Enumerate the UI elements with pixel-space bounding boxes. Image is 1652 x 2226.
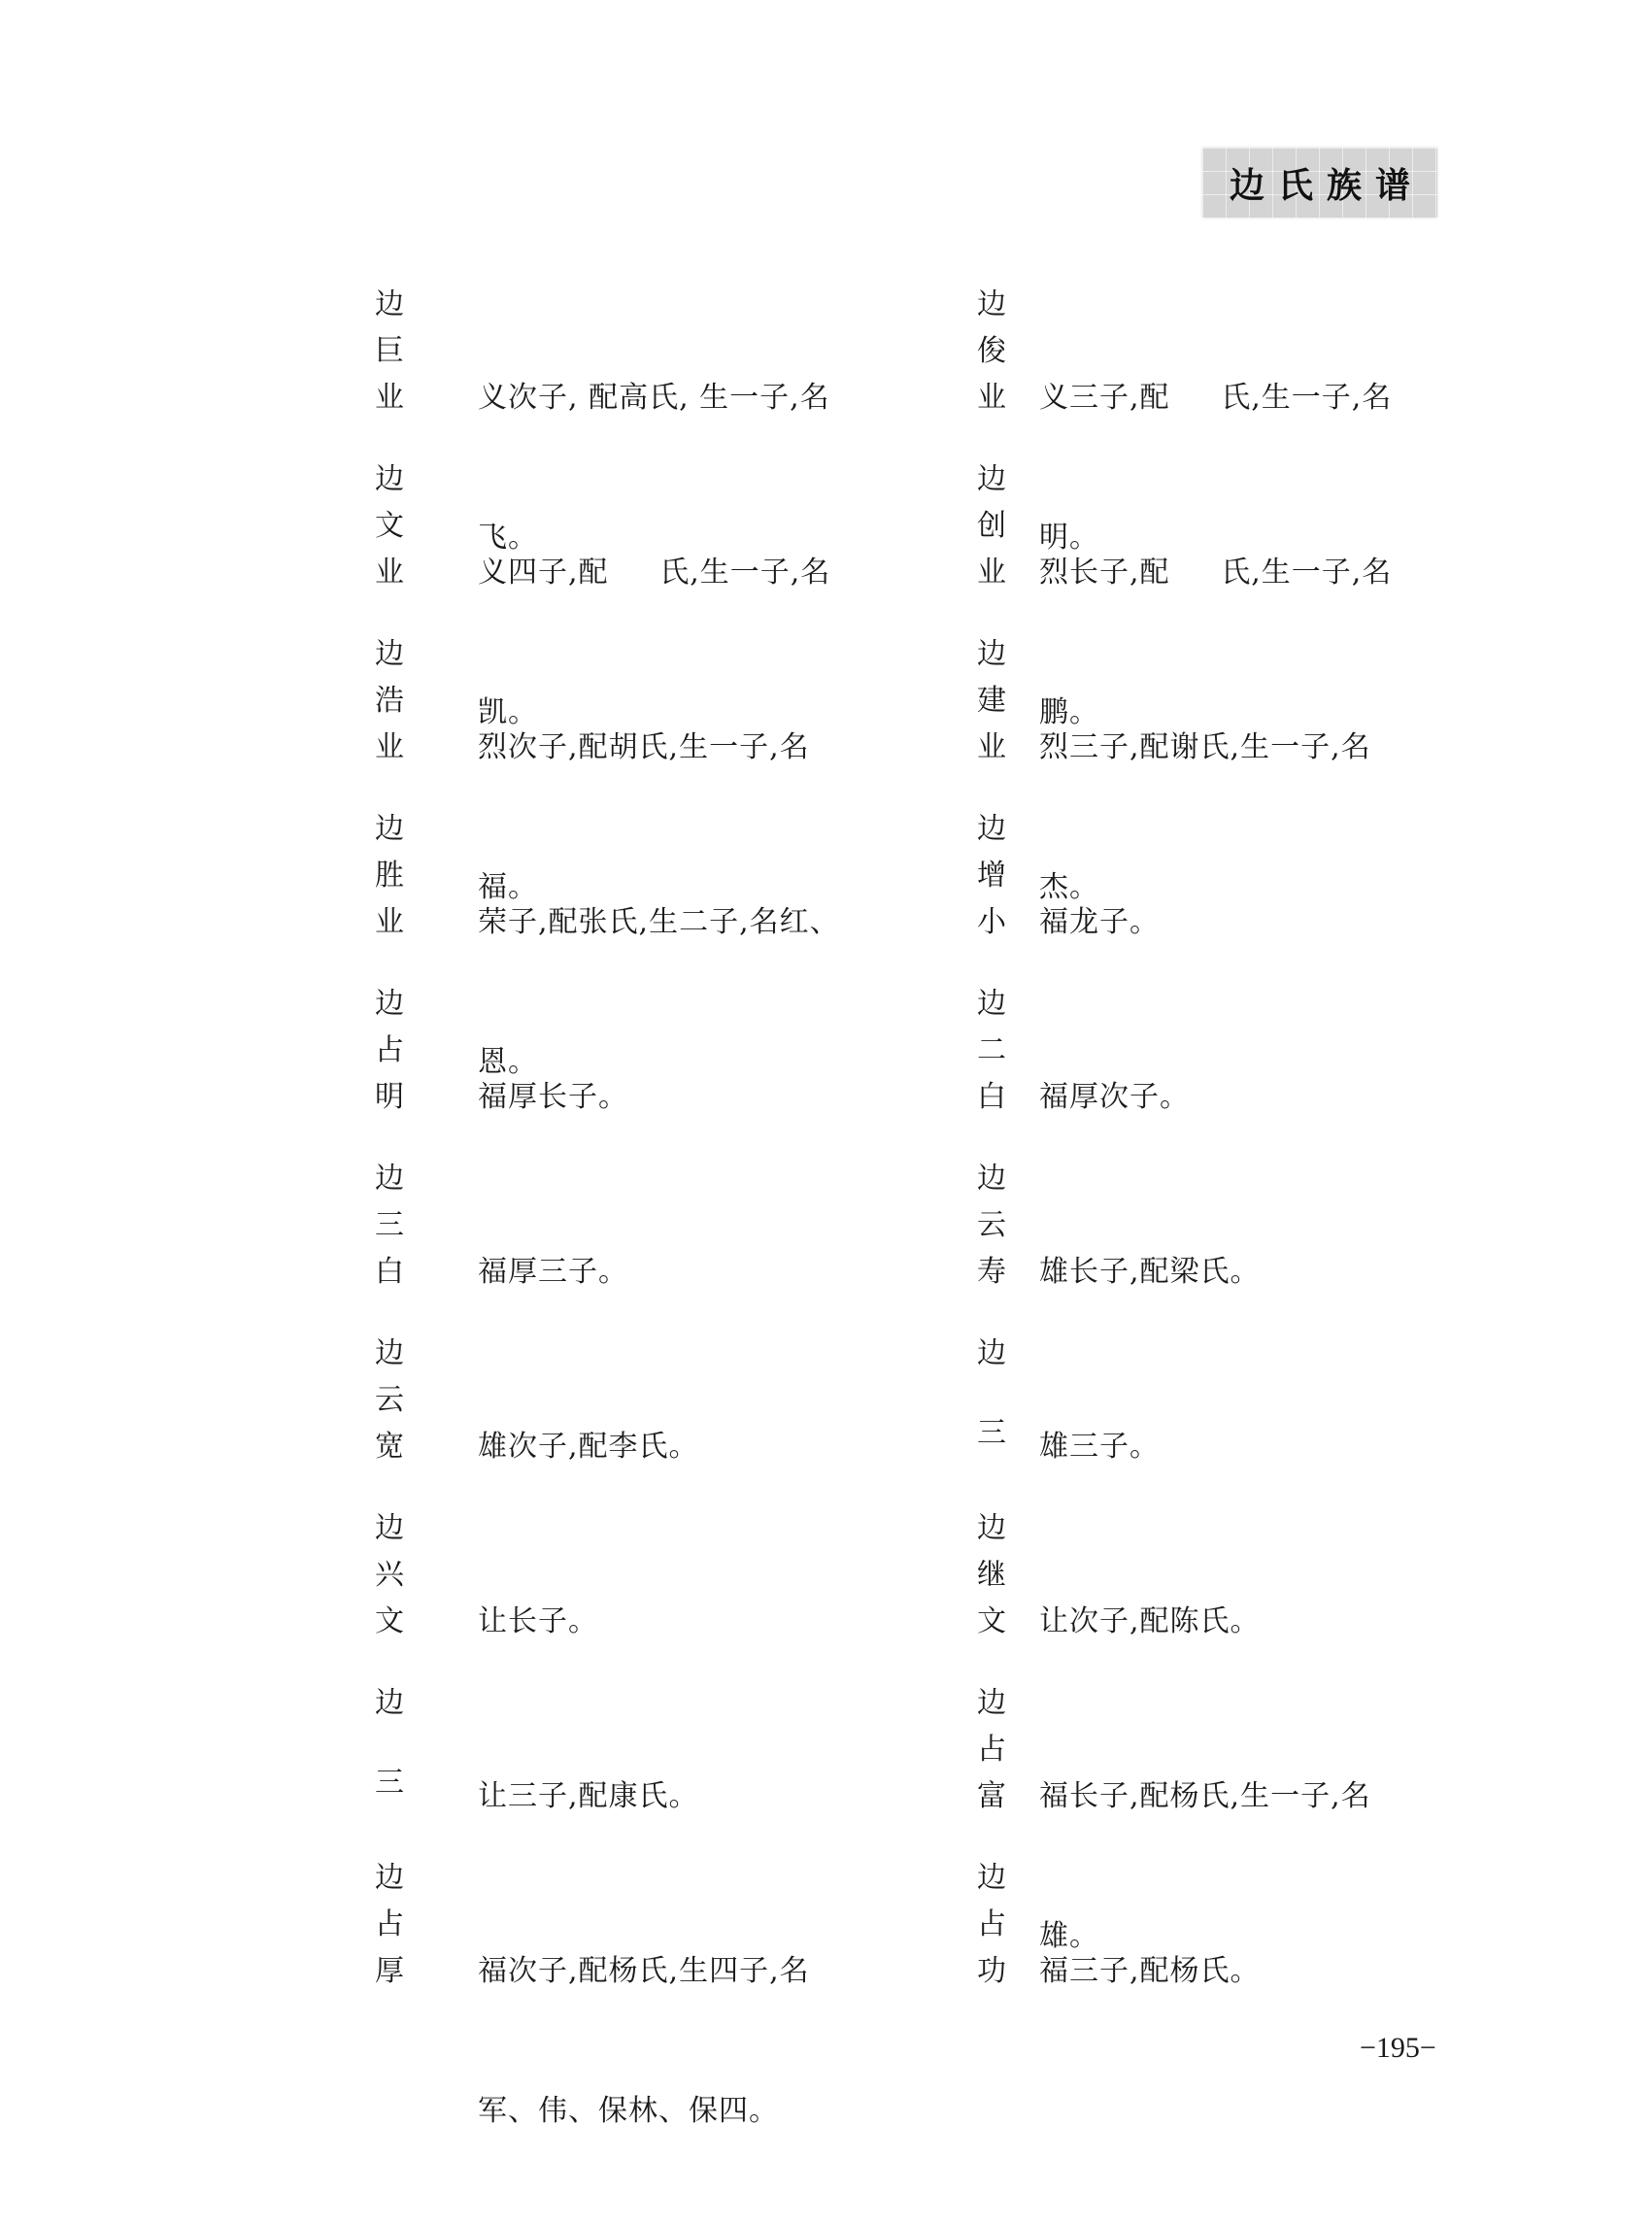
name-char: 白 (977, 1074, 1016, 1121)
entry-row: 边 浩 业 烈次子,配胡氏,生一子,名 福。 边 建 业 烈三子,配谢氏,生一子… (375, 631, 1458, 806)
description-line: 烈次子,配胡氏,生一子,名 (478, 725, 895, 771)
description-line: 福厚三子。 (478, 1249, 895, 1296)
description-line: 让长子。 (478, 1599, 895, 1645)
entry-row: 边 三 让三子,配康氏。 边 占 富 福长子,配杨氏,生一子,名 雄。 (375, 1680, 1458, 1855)
genealogy-entry: 边 云 寿 雄长子,配梁氏。 (977, 1156, 1458, 1331)
person-description: 雄次子,配李氏。 (478, 1331, 895, 1505)
header-title-badge: 边氏族谱 (1202, 148, 1437, 218)
name-char: 白 (375, 1249, 414, 1296)
description-line: 福三子,配杨氏。 (1039, 1948, 1457, 1995)
name-char: 富 (977, 1773, 1016, 1820)
name-char: 文 (375, 1599, 414, 1645)
name-char: 边 (375, 456, 414, 503)
name-char: 占 (977, 1727, 1016, 1773)
name-char: 胜 (375, 853, 414, 899)
description-line: 福龙子。 (1039, 899, 1457, 946)
name-char: 边 (977, 1855, 1016, 1902)
person-name-vertical: 边 巨 业 (375, 282, 414, 456)
name-char: 边 (977, 981, 1016, 1028)
name-char: 三 (977, 1410, 1016, 1457)
person-name-vertical: 边 继 文 (977, 1505, 1016, 1680)
entry-row: 边 占 厚 福次子,配杨氏,生四子,名 军、伟、保林、保四。 边 占 功 福三子… (375, 1855, 1458, 2030)
description-line: 让三子,配康氏。 (478, 1773, 895, 1820)
person-description: 雄长子,配梁氏。 (1039, 1156, 1457, 1331)
genealogy-entry: 边 兴 文 让长子。 (375, 1505, 977, 1680)
entry-row: 边 胜 业 荣子,配张氏,生二子,名红、 恩。 边 增 小 福龙子。 (375, 806, 1458, 981)
name-char: 兴 (375, 1552, 414, 1599)
name-char: 明 (375, 1074, 414, 1121)
name-char: 业 (977, 725, 1016, 771)
name-char: 建 (977, 678, 1016, 725)
page-number: −195− (1360, 2032, 1436, 2065)
person-name-vertical: 边 增 小 (977, 806, 1016, 981)
name-char: 增 (977, 853, 1016, 899)
entry-row: 边 云 宽 雄次子,配李氏。 边 三 雄三子。 (375, 1331, 1458, 1505)
genealogy-entry: 边 占 功 福三子,配杨氏。 (977, 1855, 1458, 2030)
name-char: 边 (977, 806, 1016, 853)
name-char (977, 1377, 1016, 1410)
name-char: 继 (977, 1552, 1016, 1599)
name-char: 业 (375, 550, 414, 596)
name-char: 边 (977, 1331, 1016, 1377)
description-line: 军、伟、保林、保四。 (478, 2088, 895, 2135)
entry-row: 边 文 业 义四子,配 氏,生一子,名 凯。 边 创 业 烈长子,配 氏,生一子… (375, 456, 1458, 631)
person-description: 福龙子。 (1039, 806, 1457, 981)
person-name-vertical: 边 云 寿 (977, 1156, 1016, 1331)
person-description: 烈长子,配 氏,生一子,名 鹏。 (1039, 456, 1457, 631)
genealogy-entry: 边 继 文 让次子,配陈氏。 (977, 1505, 1458, 1680)
person-name-vertical: 边 占 厚 (375, 1855, 414, 2030)
genealogy-entry: 边 二 白 福厚次子。 (977, 981, 1458, 1156)
person-name-vertical: 边 创 业 (977, 456, 1016, 631)
name-char: 小 (977, 899, 1016, 946)
description-line: 荣子,配张氏,生二子,名红、 (478, 899, 895, 946)
person-description: 雄三子。 (1039, 1331, 1457, 1505)
person-name-vertical: 边 文 业 (375, 456, 414, 631)
name-char: 边 (375, 1505, 414, 1552)
genealogy-entry: 边 巨 业 义次子, 配高氏, 生一子,名 飞。 (375, 282, 977, 456)
person-description: 福长子,配杨氏,生一子,名 雄。 (1039, 1680, 1457, 1855)
name-char: 功 (977, 1948, 1016, 1995)
genealogy-entry: 边 胜 业 荣子,配张氏,生二子,名红、 恩。 (375, 806, 977, 981)
description-line: 义三子,配 氏,生一子,名 (1039, 375, 1457, 422)
name-char: 边 (375, 981, 414, 1028)
person-description: 烈三子,配谢氏,生一子,名 杰。 (1039, 631, 1457, 806)
genealogy-entry: 边 占 厚 福次子,配杨氏,生四子,名 军、伟、保林、保四。 (375, 1855, 977, 2030)
name-char: 边 (375, 806, 414, 853)
entry-row: 边 兴 文 让长子。 边 继 文 让次子,配陈氏。 (375, 1505, 1458, 1680)
person-description: 福厚长子。 (478, 981, 895, 1156)
name-char: 云 (977, 1202, 1016, 1249)
name-char (375, 1727, 414, 1760)
name-char: 边 (375, 1156, 414, 1202)
person-name-vertical: 边 建 业 (977, 631, 1016, 806)
name-char: 厚 (375, 1948, 414, 1995)
name-char: 业 (977, 550, 1016, 596)
person-name-vertical: 边 占 富 (977, 1680, 1016, 1855)
name-char: 业 (375, 375, 414, 422)
description-line: 福厚长子。 (478, 1074, 895, 1121)
person-description: 让次子,配陈氏。 (1039, 1505, 1457, 1680)
person-name-vertical: 边 占 功 (977, 1855, 1016, 2030)
genealogy-entry: 边 占 富 福长子,配杨氏,生一子,名 雄。 (977, 1680, 1458, 1855)
name-char: 浩 (375, 678, 414, 725)
genealogy-entries: 边 巨 业 义次子, 配高氏, 生一子,名 飞。 边 俊 业 义三子,配 氏,生… (375, 282, 1458, 2030)
person-description: 让长子。 (478, 1505, 895, 1680)
person-name-vertical: 边 浩 业 (375, 631, 414, 806)
name-char: 文 (977, 1599, 1016, 1645)
name-char: 边 (375, 282, 414, 328)
description-line: 烈长子,配 氏,生一子,名 (1039, 550, 1457, 596)
person-name-vertical: 边 三 (375, 1680, 414, 1855)
name-char: 巨 (375, 328, 414, 375)
person-description: 福次子,配杨氏,生四子,名 军、伟、保林、保四。 (478, 1855, 895, 2030)
name-char: 业 (375, 899, 414, 946)
name-char: 业 (375, 725, 414, 771)
description-line: 福长子,配杨氏,生一子,名 (1039, 1773, 1457, 1820)
name-char: 文 (375, 503, 414, 550)
person-name-vertical: 边 三 白 (375, 1156, 414, 1331)
person-description: 义四子,配 氏,生一子,名 凯。 (478, 456, 895, 631)
name-char: 创 (977, 503, 1016, 550)
name-char: 二 (977, 1028, 1016, 1074)
genealogy-entry: 边 浩 业 烈次子,配胡氏,生一子,名 福。 (375, 631, 977, 806)
entry-row: 边 占 明 福厚长子。 边 二 白 福厚次子。 (375, 981, 1458, 1156)
person-name-vertical: 边 胜 业 (375, 806, 414, 981)
genealogy-entry: 边 俊 业 义三子,配 氏,生一子,名 明。 (977, 282, 1458, 456)
name-char: 边 (375, 1331, 414, 1377)
description-line: 福厚次子。 (1039, 1074, 1457, 1121)
name-char: 占 (375, 1902, 414, 1948)
person-description: 荣子,配张氏,生二子,名红、 恩。 (478, 806, 895, 981)
genealogy-entry: 边 云 宽 雄次子,配李氏。 (375, 1331, 977, 1505)
genealogy-entry: 边 三 让三子,配康氏。 (375, 1680, 977, 1855)
genealogy-entry: 边 占 明 福厚长子。 (375, 981, 977, 1156)
header-title: 边氏族谱 (1216, 158, 1424, 208)
description-line: 烈三子,配谢氏,生一子,名 (1039, 725, 1457, 771)
genealogy-entry: 边 三 雄三子。 (977, 1331, 1458, 1505)
name-char: 边 (977, 1505, 1016, 1552)
person-name-vertical: 边 占 明 (375, 981, 414, 1156)
person-description: 让三子,配康氏。 (478, 1680, 895, 1855)
person-name-vertical: 边 二 白 (977, 981, 1016, 1156)
description-line: 让次子,配陈氏。 (1039, 1599, 1457, 1645)
name-char: 宽 (375, 1424, 414, 1470)
description-line: 义次子, 配高氏, 生一子,名 (478, 375, 895, 422)
description-line: 福次子,配杨氏,生四子,名 (478, 1948, 895, 1995)
genealogy-entry: 边 文 业 义四子,配 氏,生一子,名 凯。 (375, 456, 977, 631)
genealogy-entry: 边 创 业 烈长子,配 氏,生一子,名 鹏。 (977, 456, 1458, 631)
person-description: 福厚三子。 (478, 1156, 895, 1331)
name-char: 业 (977, 375, 1016, 422)
person-description: 义三子,配 氏,生一子,名 明。 (1039, 282, 1457, 456)
name-char: 寿 (977, 1249, 1016, 1296)
entry-row: 边 三 白 福厚三子。 边 云 寿 雄长子,配梁氏。 (375, 1156, 1458, 1331)
name-char: 边 (977, 1680, 1016, 1727)
name-char: 三 (375, 1760, 414, 1806)
name-char: 边 (977, 1156, 1016, 1202)
name-char: 边 (977, 282, 1016, 328)
genealogy-entry: 边 三 白 福厚三子。 (375, 1156, 977, 1331)
name-char: 边 (375, 1680, 414, 1727)
name-char: 边 (977, 456, 1016, 503)
description-line: 雄三子。 (1039, 1424, 1457, 1470)
name-char: 占 (977, 1902, 1016, 1948)
name-char: 边 (977, 631, 1016, 678)
person-description: 烈次子,配胡氏,生一子,名 福。 (478, 631, 895, 806)
person-description: 福厚次子。 (1039, 981, 1457, 1156)
person-name-vertical: 边 兴 文 (375, 1505, 414, 1680)
description-line: 雄长子,配梁氏。 (1039, 1249, 1457, 1296)
name-char: 三 (375, 1202, 414, 1249)
genealogy-entry: 边 建 业 烈三子,配谢氏,生一子,名 杰。 (977, 631, 1458, 806)
name-char: 云 (375, 1377, 414, 1424)
name-char: 俊 (977, 328, 1016, 375)
person-name-vertical: 边 云 宽 (375, 1331, 414, 1505)
person-name-vertical: 边 俊 业 (977, 282, 1016, 456)
person-description: 福三子,配杨氏。 (1039, 1855, 1457, 2030)
name-char: 边 (375, 631, 414, 678)
entry-row: 边 巨 业 义次子, 配高氏, 生一子,名 飞。 边 俊 业 义三子,配 氏,生… (375, 282, 1458, 456)
genealogy-entry: 边 增 小 福龙子。 (977, 806, 1458, 981)
name-char: 边 (375, 1855, 414, 1902)
person-name-vertical: 边 三 (977, 1331, 1016, 1505)
person-description: 义次子, 配高氏, 生一子,名 飞。 (478, 282, 895, 456)
description-line: 义四子,配 氏,生一子,名 (478, 550, 895, 596)
name-char: 占 (375, 1028, 414, 1074)
description-line: 雄次子,配李氏。 (478, 1424, 895, 1470)
